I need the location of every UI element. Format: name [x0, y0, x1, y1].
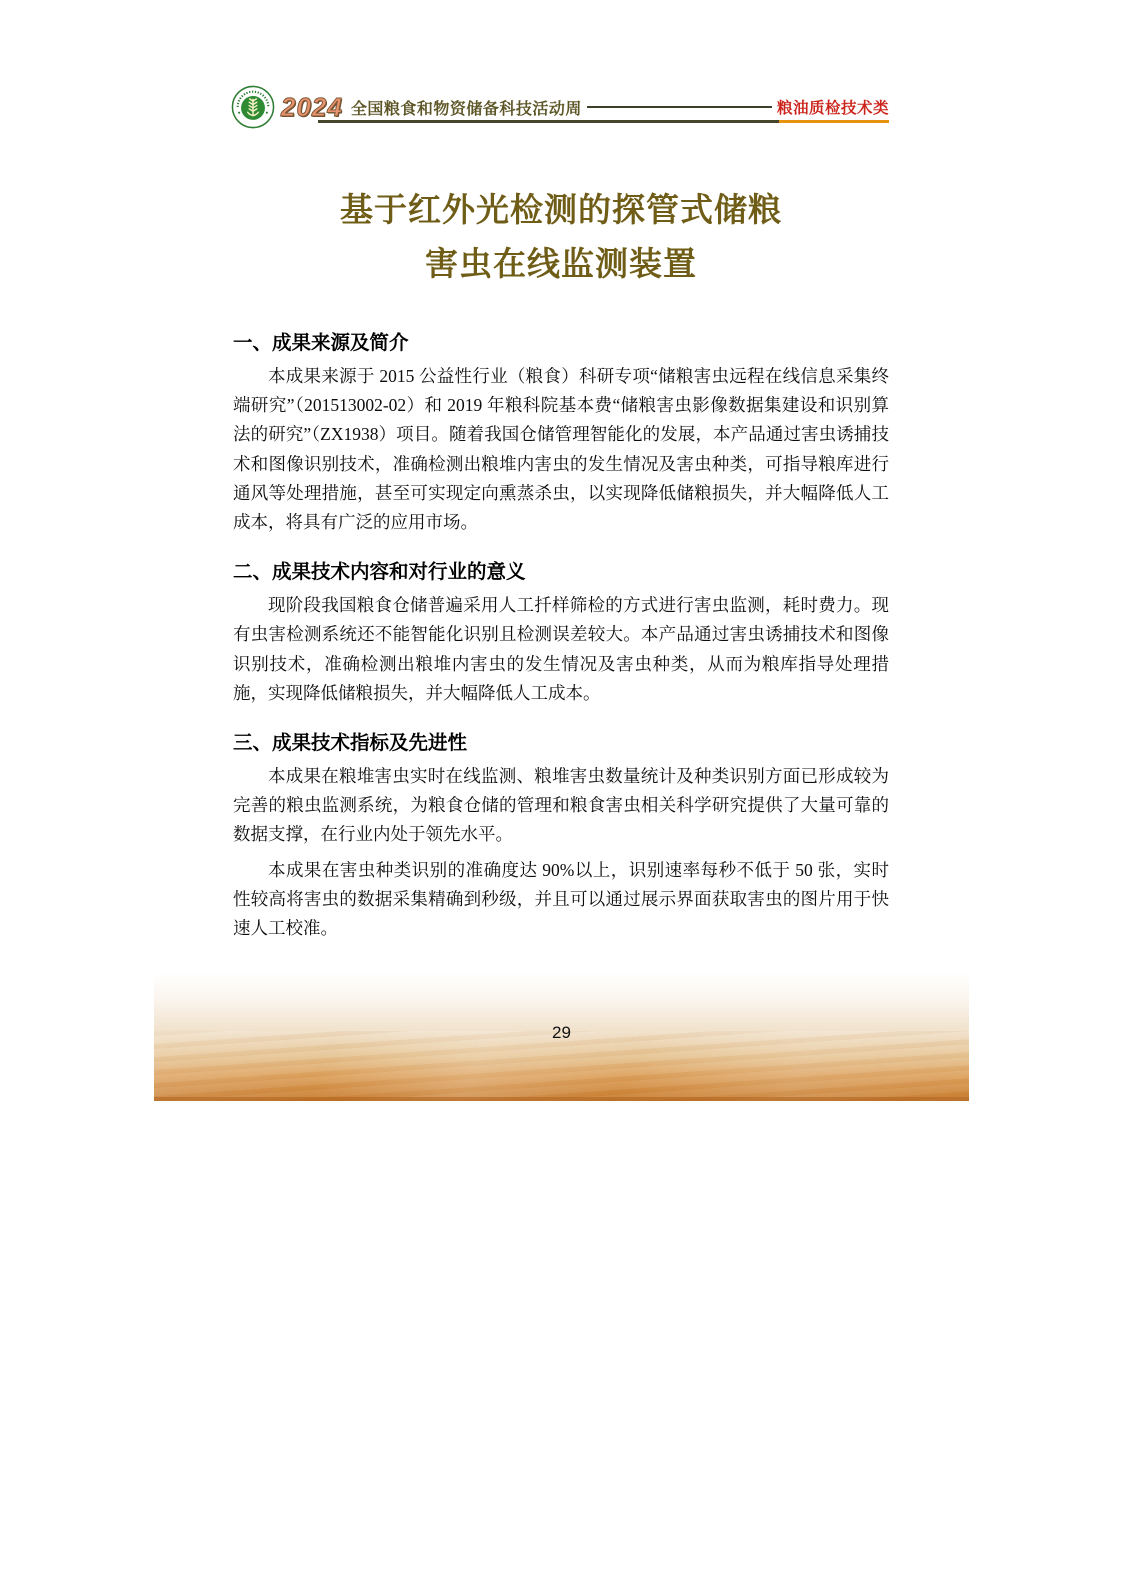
document-page: 2024 全国粮食和物资储备科技活动周 粮油质检技术类 基于红外光检测的探管式储…	[0, 0, 1122, 1588]
footer-landscape-band: 29	[154, 973, 969, 1101]
section-industry-significance: 二、成果技术内容和对行业的意义 现阶段我国粮食仓储普遍采用人工扦样筛检的方式进行…	[233, 559, 889, 708]
section-3-paragraph-2: 本成果在害虫种类识别的准确度达 90%以上，识别速率每秒不低于 50 张，实时性…	[233, 856, 889, 944]
footer-bottom-edge	[154, 1097, 969, 1101]
section-source-intro: 一、成果来源及简介 本成果来源于 2015 公益性行业（粮食）科研专项“储粮害虫…	[233, 330, 889, 537]
section-1-heading: 一、成果来源及简介	[233, 330, 889, 356]
title-line-1: 基于红外光检测的探管式储粮	[233, 184, 889, 238]
document-content: 基于红外光检测的探管式储粮 害虫在线监测装置 一、成果来源及简介 本成果来源于 …	[233, 0, 889, 943]
section-1-paragraph-1: 本成果来源于 2015 公益性行业（粮食）科研专项“储粮害虫远程在线信息采集终端…	[233, 362, 889, 537]
section-3-heading: 三、成果技术指标及先进性	[233, 730, 889, 756]
document-title: 基于红外光检测的探管式储粮 害虫在线监测装置	[233, 184, 889, 292]
title-line-2: 害虫在线监测装置	[233, 238, 889, 292]
section-2-paragraph-1: 现阶段我国粮食仓储普遍采用人工扦样筛检的方式进行害虫监测，耗时费力。现有虫害检测…	[233, 591, 889, 708]
page-number: 29	[154, 1023, 969, 1043]
section-3-paragraph-1: 本成果在粮堆害虫实时在线监测、粮堆害虫数量统计及种类识别方面已形成较为完善的粮虫…	[233, 762, 889, 850]
section-2-heading: 二、成果技术内容和对行业的意义	[233, 559, 889, 585]
section-technical-indicators: 三、成果技术指标及先进性 本成果在粮堆害虫实时在线监测、粮堆害虫数量统计及种类识…	[233, 730, 889, 943]
